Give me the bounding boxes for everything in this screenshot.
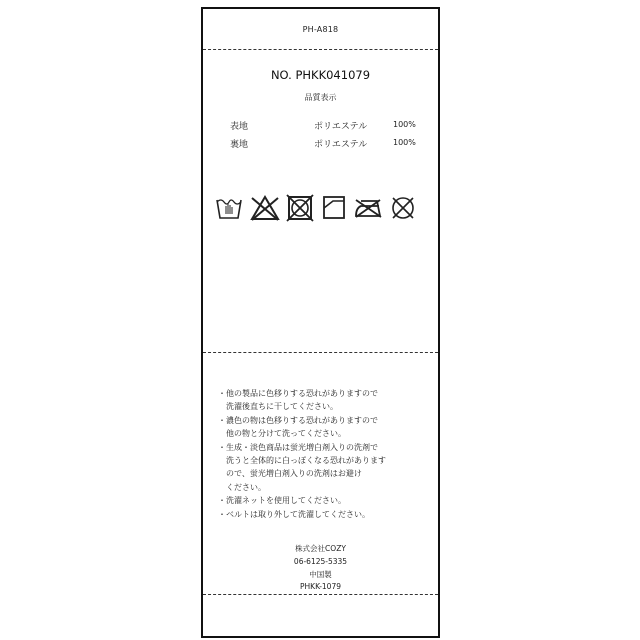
note-line: ・濃色の物は色移りする恐れがありますので bbox=[218, 414, 386, 427]
care-icons bbox=[215, 194, 425, 224]
dashed-divider bbox=[203, 352, 438, 353]
no-iron-icon bbox=[353, 194, 383, 222]
note-line: ・生成・淡色商品は蛍光増白剤入りの洗剤で bbox=[218, 441, 386, 454]
care-notes: ・他の製品に色移りする恐れがありますので 洗濯後直ちに干してください。 ・濃色の… bbox=[218, 387, 386, 521]
care-label: PH-A818 NO. PHKK041079 品質表示 表地 ポリエステル 10… bbox=[201, 7, 440, 638]
quality-heading: 品質表示 bbox=[203, 92, 438, 103]
fabric-material: ポリエステル bbox=[314, 119, 367, 132]
fabric-material: ポリエステル bbox=[314, 137, 367, 150]
country-of-origin: 中国製 bbox=[203, 569, 438, 582]
fabric-row-outer: 表地 ポリエステル 100% bbox=[203, 119, 438, 133]
product-number: NO. PHKK041079 bbox=[203, 68, 438, 82]
note-line: ください。 bbox=[218, 481, 386, 494]
dashed-divider bbox=[203, 49, 438, 50]
product-code: PHKK-1079 bbox=[203, 581, 438, 594]
company-info: 株式会社COZY 06-6125-5335 中国製 PHKK-1079 bbox=[203, 543, 438, 594]
note-line: ・洗濯ネットを使用してください。 bbox=[218, 494, 386, 507]
fabric-row-lining: 裏地 ポリエステル 100% bbox=[203, 137, 438, 151]
fabric-part: 表地 bbox=[230, 119, 248, 132]
note-line: ・ベルトは取り外して洗濯してください。 bbox=[218, 508, 386, 521]
hand-wash-30-icon bbox=[215, 194, 243, 222]
no-dry-clean-icon bbox=[389, 194, 417, 222]
note-line: 他の物と分けて洗ってください。 bbox=[218, 427, 386, 440]
note-line: 洗うと全体的に白っぽくなる恐れがあります bbox=[218, 454, 386, 467]
no-bleach-icon bbox=[249, 194, 281, 222]
note-line: ので、蛍光増白剤入りの洗剤はお避け bbox=[218, 467, 386, 480]
no-tumble-dry-icon bbox=[286, 194, 314, 222]
company-phone: 06-6125-5335 bbox=[203, 556, 438, 569]
top-code: PH-A818 bbox=[203, 25, 438, 34]
note-line: 洗濯後直ちに干してください。 bbox=[218, 400, 386, 413]
line-dry-shade-icon bbox=[321, 194, 347, 222]
dashed-divider bbox=[203, 594, 438, 595]
fabric-percent: 100% bbox=[393, 138, 416, 147]
fabric-percent: 100% bbox=[393, 120, 416, 129]
company-name: 株式会社COZY bbox=[203, 543, 438, 556]
fabric-part: 裏地 bbox=[230, 137, 248, 150]
note-line: ・他の製品に色移りする恐れがありますので bbox=[218, 387, 386, 400]
